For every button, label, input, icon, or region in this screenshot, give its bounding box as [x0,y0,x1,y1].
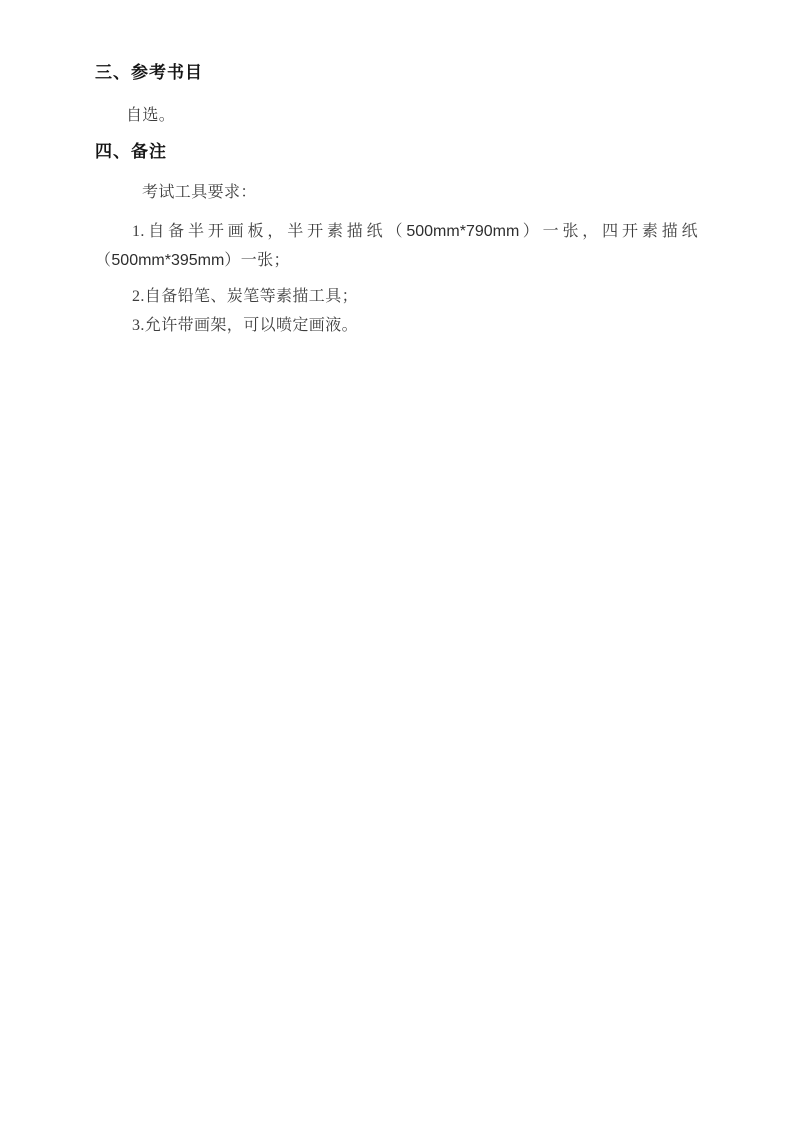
document-page: 三、参考书目 自选。 四、备注 考试工具要求： 1.自备半开画板，半开素描纸（5… [0,0,793,1123]
list-item-1-line-1-seg-cjk-b: ）一张，四开素描纸 [519,223,698,240]
list-item-1-line-2-seg-open-paren: （ [95,252,111,269]
paragraph-exam-tools-intro: 考试工具要求： [142,182,257,204]
list-item-1-line-2-seg-dimensions: 500mm*395mm [111,252,224,269]
list-item-2: 2.自备铅笔、炭笔等素描工具； [132,286,358,308]
list-item-3: 3.允许带画架，可以喷定画液。 [132,315,358,337]
paragraph-reference-books-body: 自选。 [126,105,175,127]
section-heading-remarks: 四、备注 [95,141,167,163]
list-item-1-line-2-seg-cjk: ）一张； [224,252,290,269]
list-item-1-line-1-seg-dimensions: 500mm*790mm [406,223,519,240]
list-item-1-line-1-seg-cjk-a: 1.自备半开画板，半开素描纸（ [132,223,406,240]
list-item-1-line-2: （500mm*395mm）一张； [95,250,290,272]
list-item-1-line-1: 1.自备半开画板，半开素描纸（500mm*790mm）一张，四开素描纸 [132,221,698,243]
section-heading-reference-books: 三、参考书目 [95,62,203,84]
